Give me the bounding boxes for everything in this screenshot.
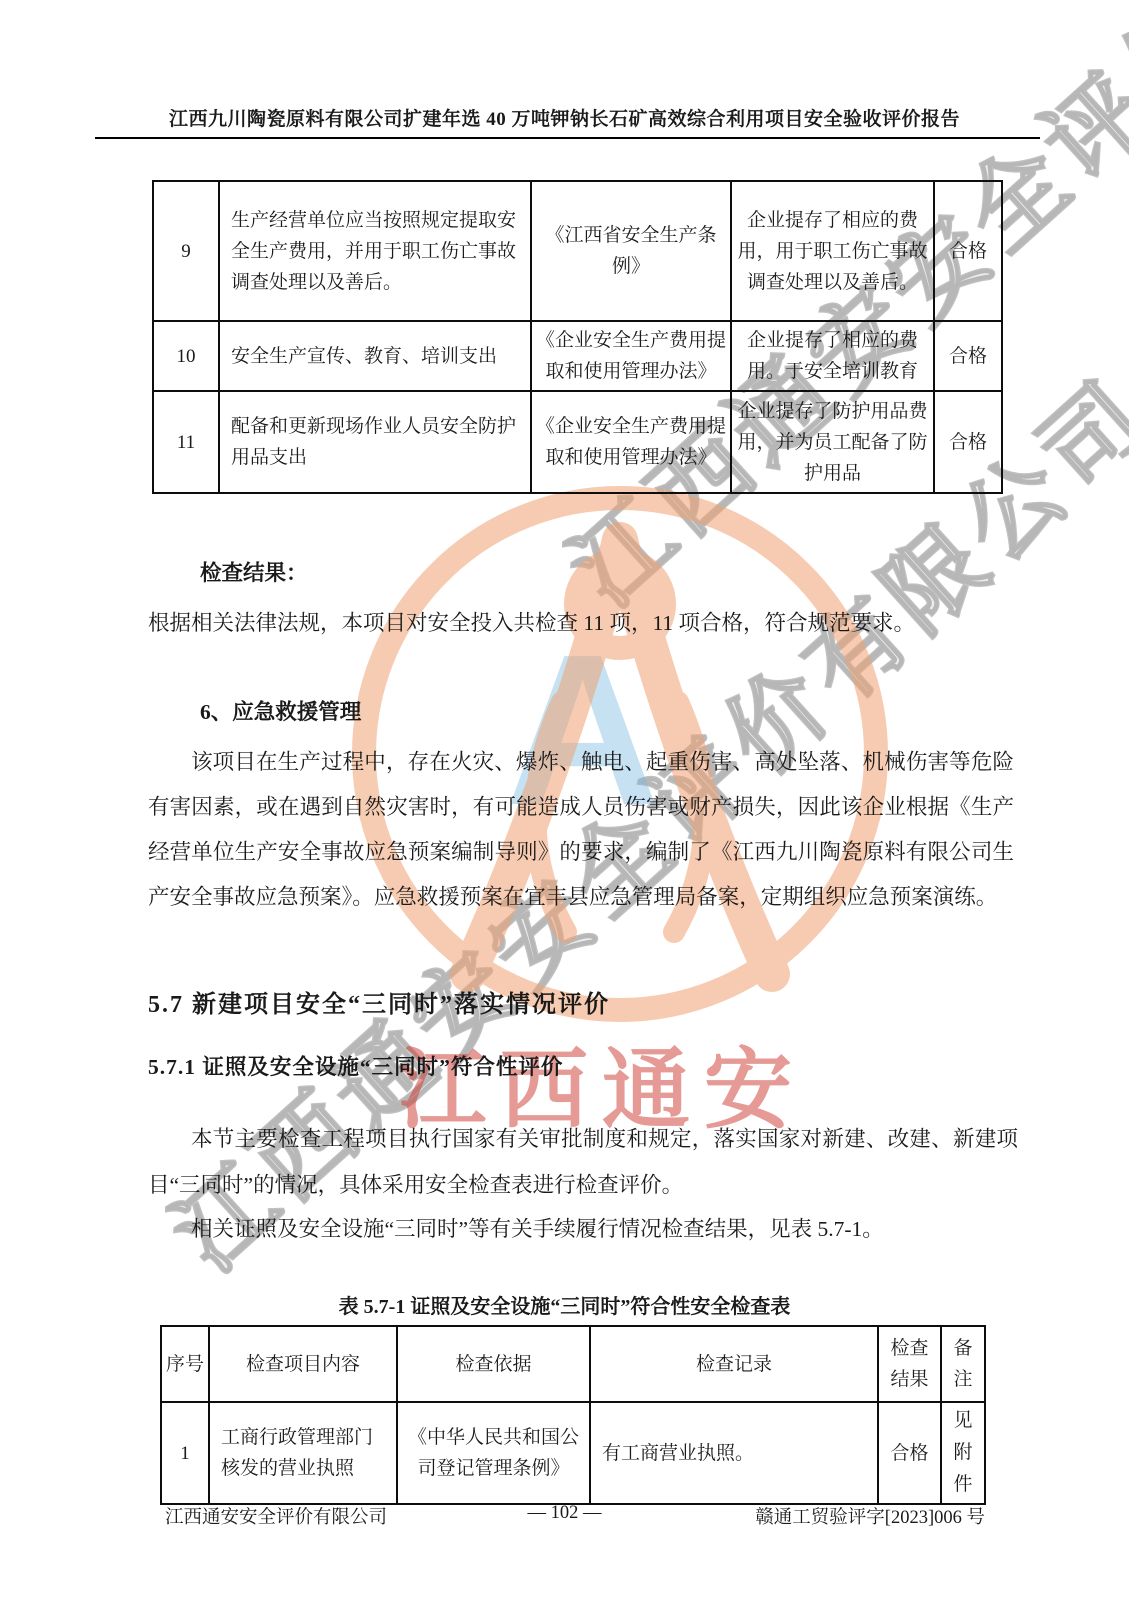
header-rule [95,137,1040,139]
row-item: 工商行政管理部门核发的营业执照 [209,1402,397,1504]
emergency-paragraph: 该项目在生产过程中，存在火灾、爆炸、触电、起重伤害、高处坠落、机械伤害等危险有害… [148,740,1014,920]
row-record: 企业提存了防护用品费用，并为员工配备了防护用品 [731,391,934,493]
row-note: 见附件 [941,1402,985,1504]
footer-doc-number: 赣通工贸验评字[2023]006 号 [755,1503,985,1529]
section-5-7-1-paragraph-1: 本节主要检查工程项目执行国家有关审批制度和规定，落实国家对新建、改建、新建项目“… [148,1116,1018,1208]
safety-investment-check-table: 9 生产经营单位应当按照规定提取安全生产费用，并用于职工伤亡事故调查处理以及善后… [152,180,1003,494]
page-header-title: 江西九川陶瓷原料有限公司扩建年选 40 万吨钾钠长石矿高效综合利用项目安全验收评… [0,104,1129,131]
emergency-heading: 6、应急救援管理 [200,695,361,726]
row-result: 合格 [934,321,1002,391]
col-header-item: 检查项目内容 [209,1326,397,1402]
row-no: 10 [153,321,219,391]
table-header-row: 序号 检查项目内容 检查依据 检查记录 检查结果 备注 [161,1326,985,1402]
col-header-result: 检查结果 [878,1326,941,1402]
table-row: 10 安全生产宣传、教育、培训支出 《企业安全生产费用提取和使用管理办法》 企业… [153,321,1002,391]
row-basis: 《企业安全生产费用提取和使用管理办法》 [531,391,731,493]
col-header-no: 序号 [161,1326,209,1402]
row-basis: 《江西省安全生产条例》 [531,181,731,321]
row-record: 企业提存了相应的费用。于安全培训教育 [731,321,934,391]
row-item: 安全生产宣传、教育、培训支出 [219,321,531,391]
row-record: 有工商营业执照。 [590,1402,878,1504]
row-item: 生产经营单位应当按照规定提取安全生产费用，并用于职工伤亡事故调查处理以及善后。 [219,181,531,321]
document-page: 江西通安安全评价有限公司 江西通安安全评价有限公司 A 江西通安 江西九川陶瓷原… [0,0,1129,1600]
col-header-record: 检查记录 [590,1326,878,1402]
row-result: 合格 [878,1402,941,1504]
row-no: 1 [161,1402,209,1504]
table-row: 11 配备和更新现场作业人员安全防护用品支出 《企业安全生产费用提取和使用管理办… [153,391,1002,493]
row-no: 11 [153,391,219,493]
row-item: 配备和更新现场作业人员安全防护用品支出 [219,391,531,493]
section-5-7-heading: 5.7 新建项目安全“三同时”落实情况评价 [148,984,610,1019]
table-row: 1 工商行政管理部门核发的营业执照 《中华人民共和国公司登记管理条例》 有工商营… [161,1402,985,1504]
section-5-7-1-heading: 5.7.1 证照及安全设施“三同时”符合性评价 [148,1050,563,1081]
row-record: 企业提存了相应的费用，用于职工伤亡事故调查处理以及善后。 [731,181,934,321]
check-result-label: 检查结果： [200,556,308,587]
section-5-7-1-paragraph-2: 相关证照及安全设施“三同时”等有关手续履行情况检查结果，见表 5.7-1。 [148,1206,1018,1252]
table-5-7-1-caption: 表 5.7-1 证照及安全设施“三同时”符合性安全检查表 [0,1290,1129,1319]
check-result-paragraph: 根据相关法律法规，本项目对安全投入共检查 11 项，11 项合格，符合规范要求。 [148,601,1014,646]
license-check-table: 序号 检查项目内容 检查依据 检查记录 检查结果 备注 1 工商行政管理部门核发… [160,1325,986,1505]
row-basis: 《企业安全生产费用提取和使用管理办法》 [531,321,731,391]
col-header-note: 备注 [941,1326,985,1402]
row-result: 合格 [934,391,1002,493]
table-row: 9 生产经营单位应当按照规定提取安全生产费用，并用于职工伤亡事故调查处理以及善后… [153,181,1002,321]
row-no: 9 [153,181,219,321]
col-header-basis: 检查依据 [397,1326,590,1402]
row-basis: 《中华人民共和国公司登记管理条例》 [397,1402,590,1504]
row-result: 合格 [934,181,1002,321]
